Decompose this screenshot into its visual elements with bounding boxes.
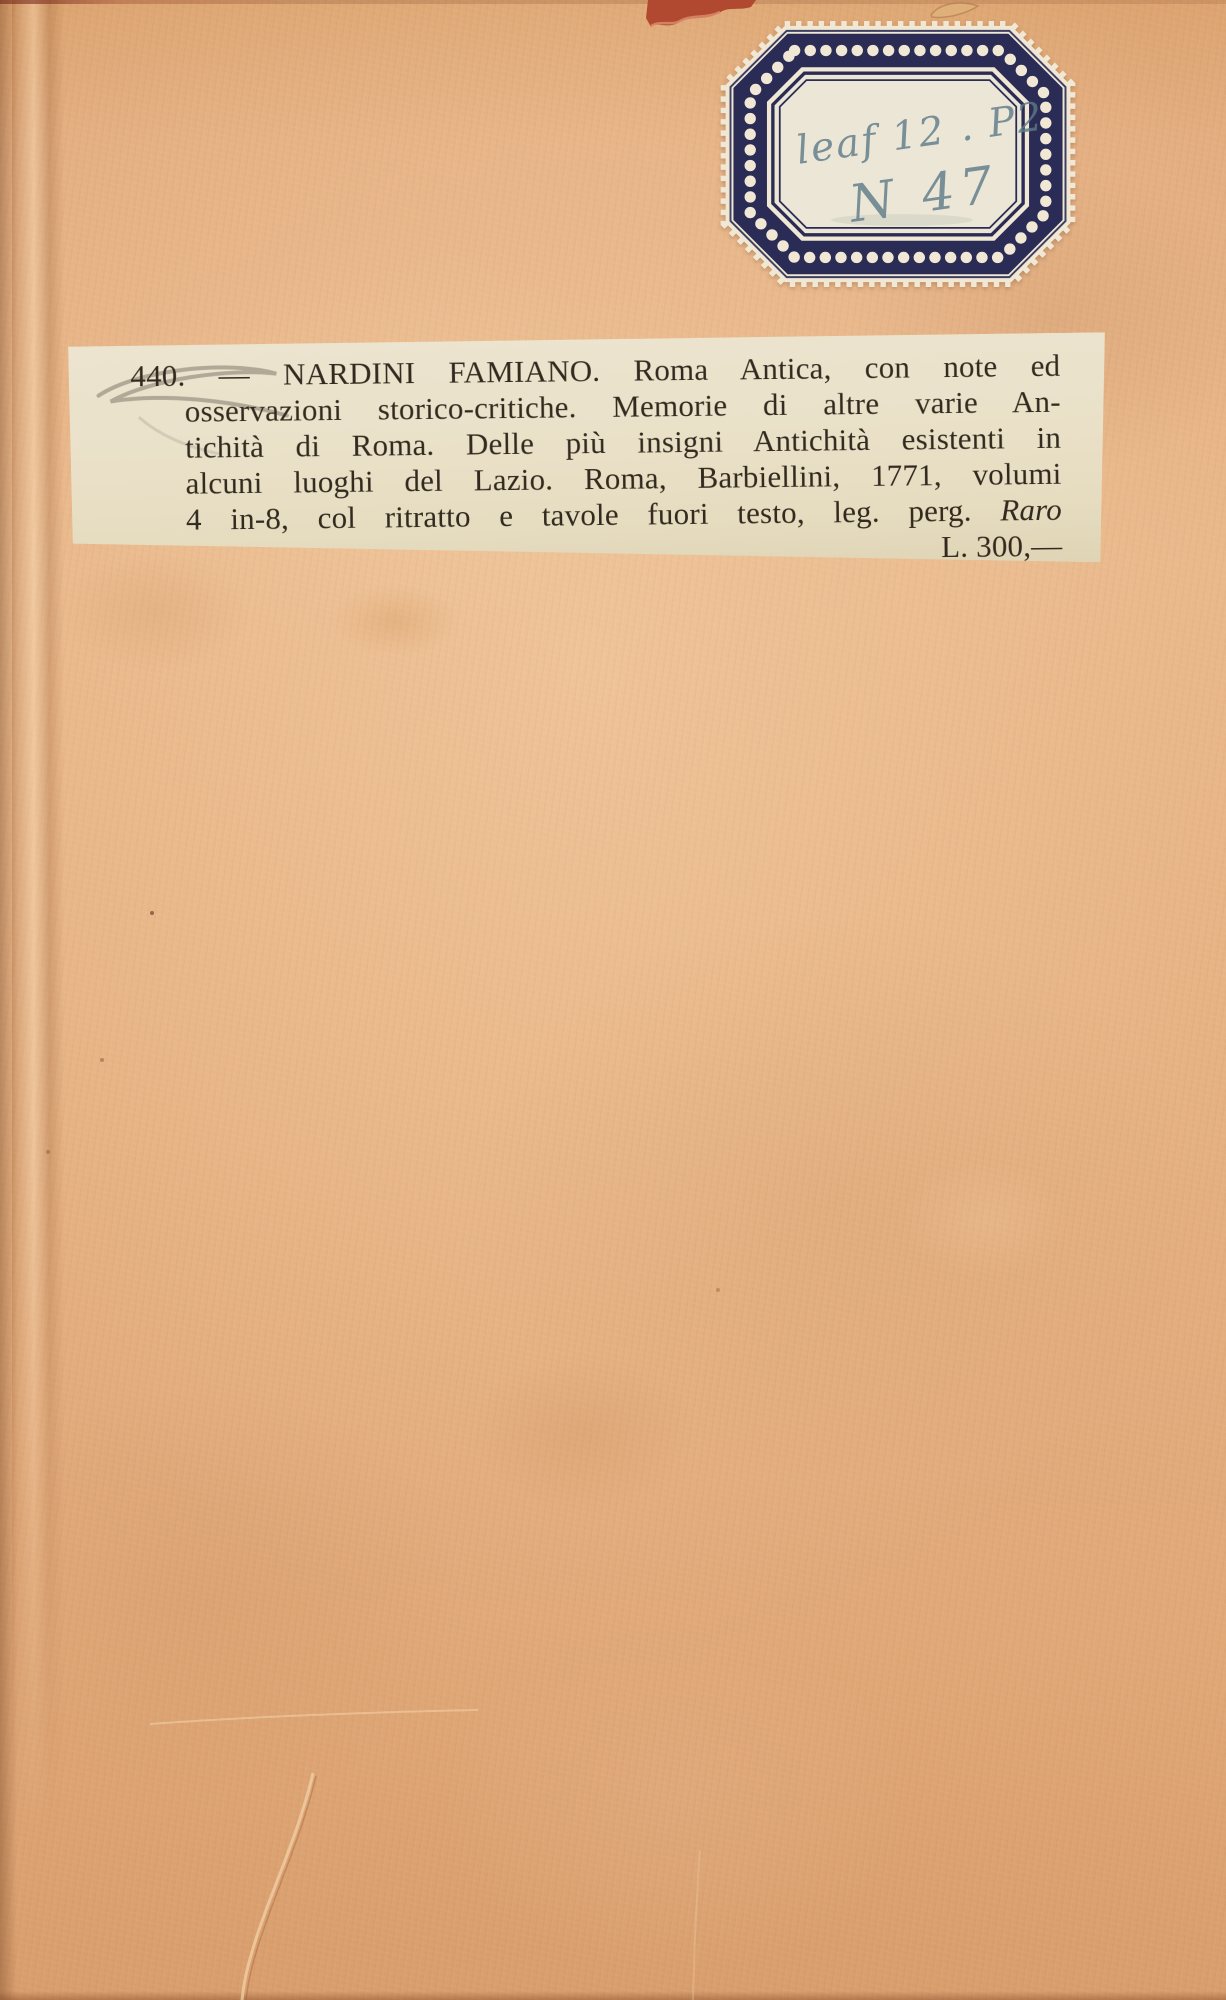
catalog-entry-text: 440. — NARDINI FAMIANO. Roma Antica, con…	[68, 332, 1109, 575]
speck-dot	[716, 1288, 720, 1292]
paper-curl-shape	[931, 3, 978, 17]
entry-rarity-note: Raro	[1000, 492, 1062, 528]
speck-dot	[46, 1150, 50, 1154]
entry-line-5-text: 4 in-8, col ritratto e tavole fuori test…	[186, 493, 972, 537]
page-top-edge	[0, 0, 1226, 4]
inventory-stamp: leaf 12 . P2 N 47	[717, 20, 1079, 288]
speck-dot	[150, 911, 154, 915]
paper-background	[0, 0, 1226, 2000]
catalog-clipping: 440. — NARDINI FAMIANO. Roma Antica, con…	[68, 332, 1109, 574]
speck-dot	[100, 1058, 104, 1062]
page-bottom-edge	[0, 1991, 1226, 2000]
left-fold-crease	[12, 0, 64, 2000]
paper-curl-remnant	[930, 0, 982, 20]
inventory-stamp-graphic: leaf 12 . P2 N 47	[717, 20, 1079, 288]
